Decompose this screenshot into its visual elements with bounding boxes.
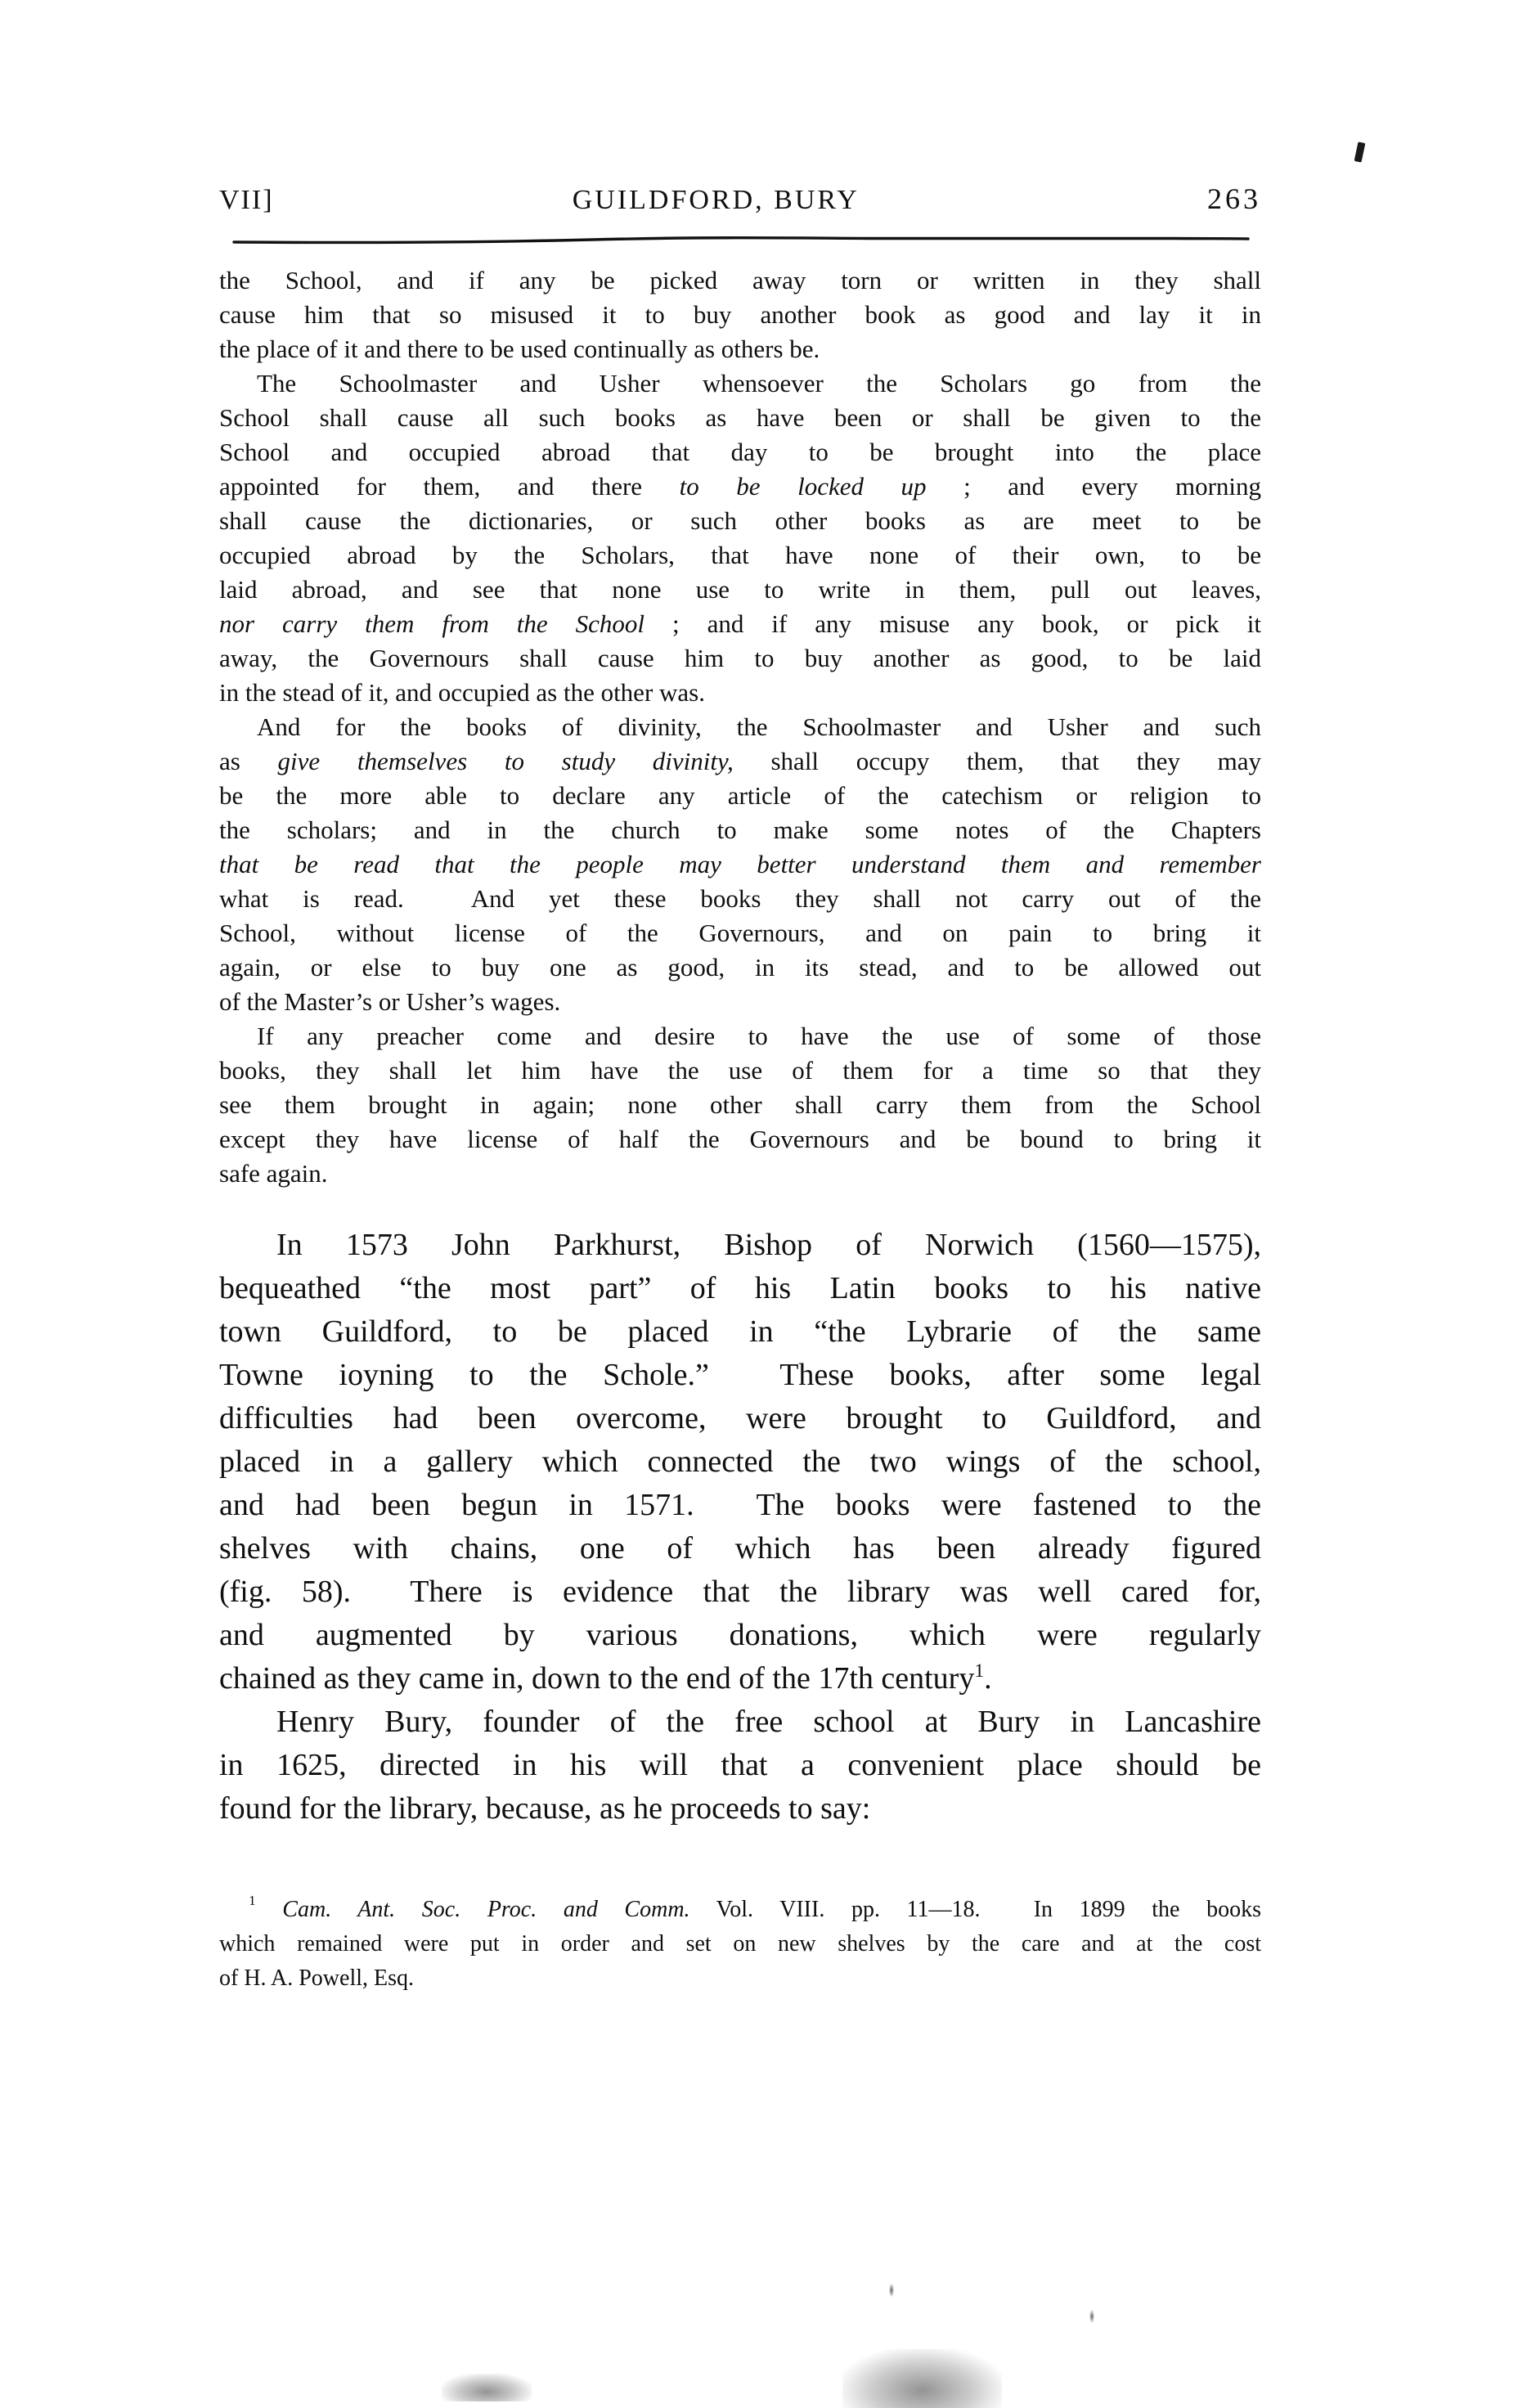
- footnote-reference: 1: [974, 1660, 984, 1682]
- text-line: in the stead of it, and occupied as the …: [219, 676, 1261, 710]
- footnote-paragraph: 1 Cam. Ant. Soc. Proc. and Comm. Vol. VI…: [219, 1893, 1261, 1996]
- text-line: and had been begun in 1571. The books we…: [219, 1484, 1261, 1527]
- text-run: safe again.: [219, 1159, 328, 1188]
- scan-smudge-large: [842, 2349, 1002, 2408]
- text-run: The Schoolmaster and Usher whensoever th…: [257, 369, 1261, 398]
- dust-speck: [889, 2284, 894, 2297]
- text-line: (fig. 58). There is evidence that the li…: [219, 1570, 1261, 1614]
- text-run: Towne ioyning to the Schole.” These book…: [219, 1358, 1261, 1392]
- main-paragraph: In 1573 John Parkhurst, Bishop of Norwic…: [219, 1224, 1261, 1700]
- text-run: of H. A. Powell, Esq.: [219, 1965, 414, 1991]
- text-run: School and occupied abroad that day to b…: [219, 438, 1261, 466]
- text-run: as: [219, 747, 278, 775]
- text-line: as give themselves to study divinity, sh…: [219, 744, 1261, 779]
- text-line: be the more able to declare any article …: [219, 779, 1261, 813]
- dust-speck: [1089, 2310, 1094, 2323]
- text-run: In 1573 John Parkhurst, Bishop of Norwic…: [276, 1228, 1261, 1262]
- text-run: cause him that so misused it to buy anot…: [219, 300, 1261, 329]
- text-line: in 1625, directed in his will that a con…: [219, 1744, 1261, 1787]
- text-run: which remained were put in order and set…: [219, 1931, 1261, 1956]
- text-line: the School, and if any be picked away to…: [219, 263, 1261, 298]
- text-line: again, or else to buy one as good, in it…: [219, 950, 1261, 985]
- text-line: In 1573 John Parkhurst, Bishop of Norwic…: [219, 1224, 1261, 1267]
- text-line: except they have license of half the Gov…: [219, 1122, 1261, 1157]
- text-run: of the Master’s or Usher’s wages.: [219, 987, 560, 1016]
- text-run: difficulties had been overcome, were bro…: [219, 1401, 1261, 1435]
- text-run: If any preacher come and desire to have …: [257, 1022, 1261, 1050]
- text-run: town Guildford, to be placed in “the Lyb…: [219, 1314, 1261, 1349]
- text-run: books, they shall let him have the use o…: [219, 1056, 1261, 1085]
- text-run: in the stead of it, and occupied as the …: [219, 678, 705, 707]
- italic-text: that be read that the people may better …: [219, 850, 1261, 878]
- text-run: School shall cause all such books as hav…: [219, 403, 1261, 432]
- text-run: the scholars; and in the church to make …: [219, 815, 1261, 844]
- ink-speck: [1354, 142, 1366, 162]
- text-run: School, without license of the Governour…: [219, 919, 1261, 947]
- headline-rule: [232, 234, 1250, 249]
- text-line: If any preacher come and desire to have …: [219, 1019, 1261, 1053]
- text-line: nor carry them from the School ; and if …: [219, 607, 1261, 641]
- text-run: [256, 1897, 283, 1922]
- text-run: the place of it and there to be used con…: [219, 335, 820, 363]
- text-line: And for the books of divinity, the Schoo…: [219, 710, 1261, 744]
- text-line: difficulties had been overcome, were bro…: [219, 1397, 1261, 1440]
- text-run: be the more able to declare any article …: [219, 781, 1261, 810]
- text-line: School shall cause all such books as hav…: [219, 401, 1261, 435]
- scan-smudge-small: [442, 2374, 532, 2401]
- text-line: shelves with chains, one of which has be…: [219, 1527, 1261, 1570]
- text-line: found for the library, because, as he pr…: [219, 1787, 1261, 1831]
- text-line: books, they shall let him have the use o…: [219, 1053, 1261, 1088]
- italic-text: to be locked up: [680, 472, 927, 501]
- text-line: what is read. And yet these books they s…: [219, 882, 1261, 916]
- text-line: chained as they came in, down to the end…: [219, 1657, 1261, 1700]
- running-header: VII] GUILDFORD, BURY 263: [219, 182, 1261, 216]
- main-paragraph: Henry Bury, founder of the free school a…: [219, 1700, 1261, 1831]
- footnote-reference: 1: [249, 1893, 256, 1908]
- text-line: of the Master’s or Usher’s wages.: [219, 985, 1261, 1019]
- quote-paragraph: If any preacher come and desire to have …: [219, 1019, 1261, 1191]
- text-line: School, without license of the Governour…: [219, 916, 1261, 950]
- text-line: that be read that the people may better …: [219, 847, 1261, 882]
- text-run: see them brought in again; none other sh…: [219, 1090, 1261, 1119]
- running-header-chapter: VII]: [219, 185, 274, 216]
- text-run: placed in a gallery which connected the …: [219, 1444, 1261, 1479]
- text-line: The Schoolmaster and Usher whensoever th…: [219, 366, 1261, 401]
- text-run: and had been begun in 1571. The books we…: [219, 1488, 1261, 1522]
- text-line: laid abroad, and see that none use to wr…: [219, 573, 1261, 607]
- text-run: found for the library, because, as he pr…: [219, 1791, 870, 1826]
- text-line: of H. A. Powell, Esq.: [219, 1961, 1261, 1996]
- text-run: in 1625, directed in his will that a con…: [219, 1748, 1261, 1782]
- italic-text: Cam. Ant. Soc. Proc. and Comm.: [282, 1897, 689, 1922]
- text-run: chained as they came in, down to the end…: [219, 1661, 974, 1696]
- text-line: town Guildford, to be placed in “the Lyb…: [219, 1310, 1261, 1354]
- page-number: 263: [1207, 182, 1261, 216]
- text-run: ; and if any misuse any book, or pick it: [644, 609, 1261, 638]
- text-line: occupied abroad by the Scholars, that ha…: [219, 538, 1261, 573]
- text-run: and augmented by various donations, whic…: [219, 1618, 1261, 1652]
- text-run: again, or else to buy one as good, in it…: [219, 953, 1261, 982]
- quote-paragraph: The Schoolmaster and Usher whensoever th…: [219, 366, 1261, 710]
- quote-paragraph: And for the books of divinity, the Schoo…: [219, 710, 1261, 1019]
- text-run: away, the Governours shall cause him to …: [219, 644, 1261, 672]
- text-run: Vol. VIII. pp. 11—18. In 1899 the books: [690, 1897, 1261, 1922]
- book-page: VII] GUILDFORD, BURY 263 the School, and…: [0, 0, 1536, 2408]
- text-run: except they have license of half the Gov…: [219, 1125, 1261, 1153]
- text-line: Henry Bury, founder of the free school a…: [219, 1700, 1261, 1744]
- text-line: bequeathed “the most part” of his Latin …: [219, 1267, 1261, 1310]
- text-line: Towne ioyning to the Schole.” These book…: [219, 1354, 1261, 1397]
- text-run: bequeathed “the most part” of his Latin …: [219, 1271, 1261, 1305]
- text-run: shall occupy them, that they may: [734, 747, 1261, 775]
- text-run: shall cause the dictionaries, or such ot…: [219, 506, 1261, 535]
- text-run: (fig. 58). There is evidence that the li…: [219, 1575, 1261, 1609]
- text-run: ; and every morning: [927, 472, 1261, 501]
- text-run: And for the books of divinity, the Schoo…: [257, 712, 1261, 741]
- text-line: which remained were put in order and set…: [219, 1927, 1261, 1961]
- text-run: what is read. And yet these books they s…: [219, 884, 1261, 913]
- text-run: occupied abroad by the Scholars, that ha…: [219, 541, 1261, 569]
- text-line: and augmented by various donations, whic…: [219, 1614, 1261, 1657]
- text-line: shall cause the dictionaries, or such ot…: [219, 504, 1261, 538]
- text-line: placed in a gallery which connected the …: [219, 1440, 1261, 1484]
- text-line: see them brought in again; none other sh…: [219, 1088, 1261, 1122]
- text-line: 1 Cam. Ant. Soc. Proc. and Comm. Vol. VI…: [219, 1893, 1261, 1927]
- text-line: appointed for them, and there to be lock…: [219, 469, 1261, 504]
- text-run: Henry Bury, founder of the free school a…: [276, 1705, 1261, 1739]
- quote-paragraph: the School, and if any be picked away to…: [219, 263, 1261, 366]
- text-run: shelves with chains, one of which has be…: [219, 1531, 1261, 1566]
- text-line: away, the Governours shall cause him to …: [219, 641, 1261, 676]
- text-run: the School, and if any be picked away to…: [219, 266, 1261, 294]
- text-line: cause him that so misused it to buy anot…: [219, 298, 1261, 332]
- italic-text: give themselves to study divinity,: [278, 747, 734, 775]
- italic-text: nor carry them from the School: [219, 609, 644, 638]
- text-run: appointed for them, and there: [219, 472, 680, 501]
- running-header-title: GUILDFORD, BURY: [573, 185, 860, 216]
- text-run: laid abroad, and see that none use to wr…: [219, 575, 1261, 604]
- text-line: School and occupied abroad that day to b…: [219, 435, 1261, 469]
- text-line: the place of it and there to be used con…: [219, 332, 1261, 366]
- text-line: safe again.: [219, 1157, 1261, 1191]
- text-line: the scholars; and in the church to make …: [219, 813, 1261, 847]
- text-run: .: [984, 1661, 992, 1696]
- text-body: the School, and if any be picked away to…: [219, 263, 1261, 1996]
